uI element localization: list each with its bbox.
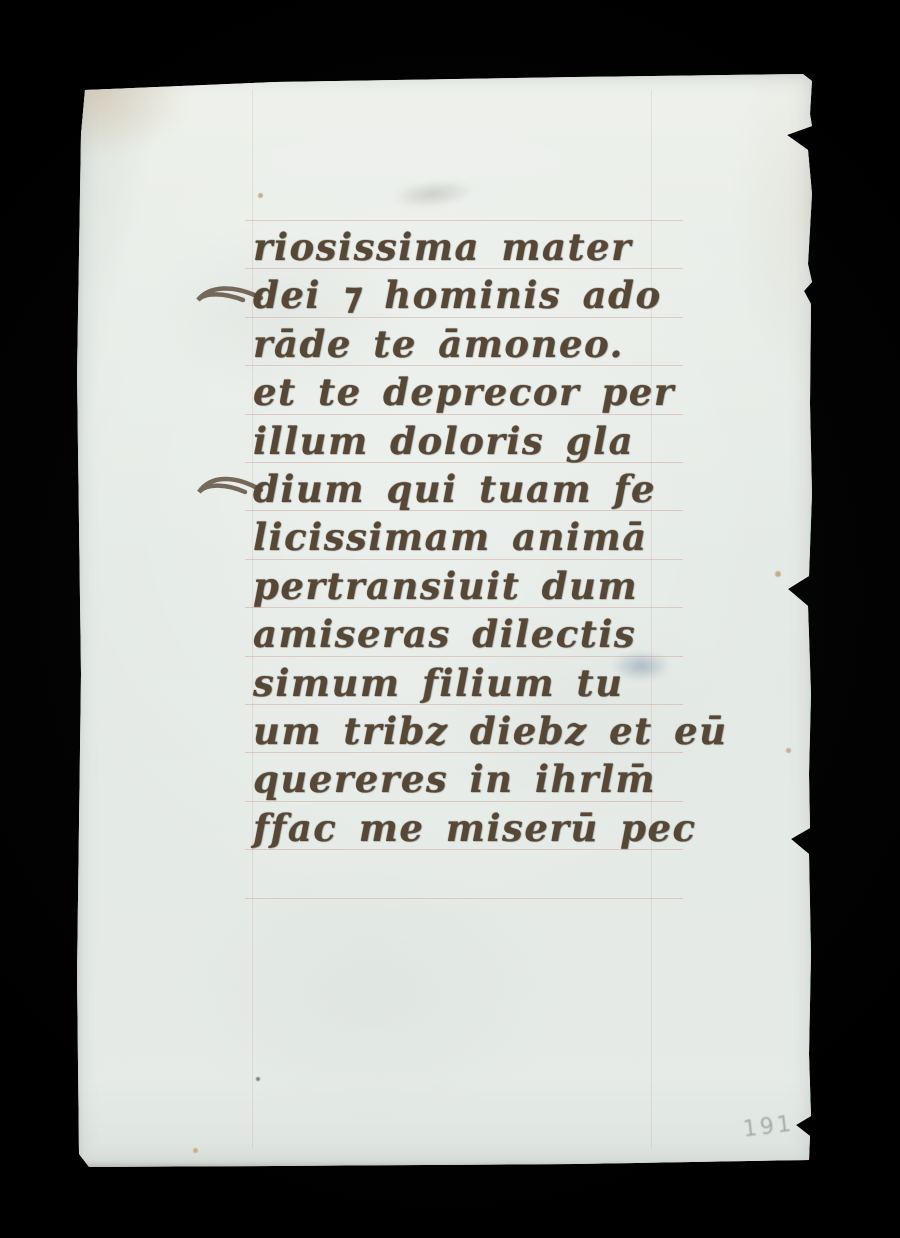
text-line: um tribz diebz et eū	[253, 708, 693, 756]
stain-speck	[786, 748, 791, 753]
text-line: pertransiuit dum	[253, 563, 693, 611]
ink-smudge	[389, 176, 477, 213]
text-line: riosissima mater	[253, 224, 693, 272]
ruling-line-horizontal	[245, 898, 683, 899]
stain-speck	[775, 571, 781, 577]
text-line: dium qui tuam fe	[253, 466, 693, 514]
text-block: riosissima materdei ⁊ hominis adorāde te…	[253, 224, 693, 853]
blue-stain	[612, 651, 670, 681]
text-line: illum doloris gla	[253, 418, 693, 466]
folio-number: 191	[742, 1110, 805, 1142]
photo-background: riosissima materdei ⁊ hominis adorāde te…	[0, 0, 900, 1238]
text-line: quereres in ihrlm̄	[253, 756, 693, 804]
text-line: ffac me miserū pec	[253, 805, 693, 853]
stain-speck	[193, 1148, 198, 1153]
text-line: rāde te āmoneo.	[253, 321, 693, 369]
text-line: licissimam animā	[253, 514, 693, 562]
manuscript-leaf: riosissima materdei ⁊ hominis adorāde te…	[75, 74, 813, 1168]
stain-speck	[258, 193, 263, 198]
text-line: dei ⁊ hominis ado	[253, 272, 693, 320]
ruling-line-horizontal	[245, 220, 683, 221]
stain-speck	[256, 1077, 260, 1081]
text-line: et te deprecor per	[253, 369, 693, 417]
